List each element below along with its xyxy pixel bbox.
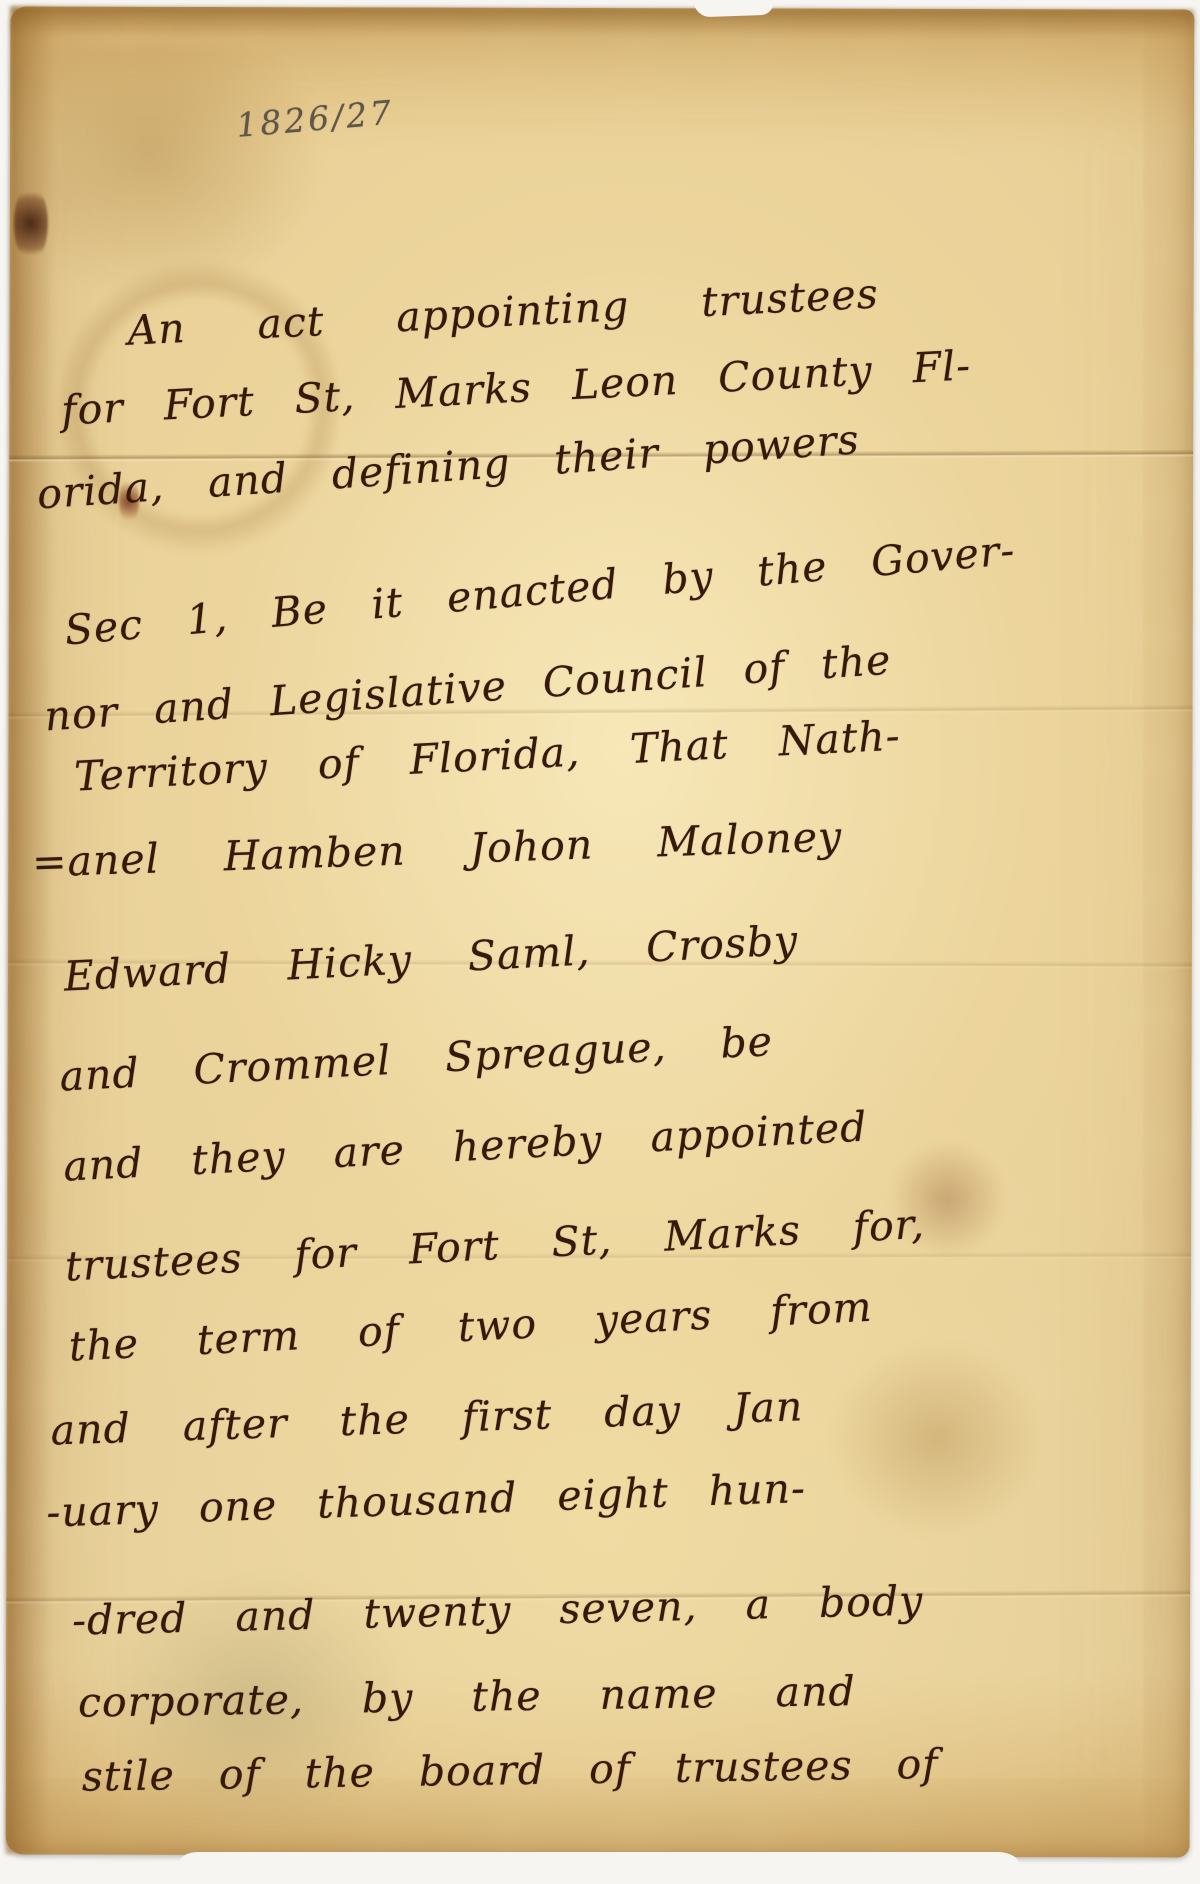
manuscript-line: orida, and defining their powers — [36, 415, 861, 518]
manuscript-line: the term of two years from — [68, 1283, 874, 1371]
manuscript-line: trustees for Fort St, Marks for, — [64, 1200, 926, 1291]
paper-tear-top-right — [694, 0, 775, 17]
manuscript-line: -uary one thousand eight hun- — [46, 1464, 807, 1536]
paper-torn-bottom-edge — [180, 1852, 1020, 1884]
manuscript-line: -dred and twenty seven, a body — [72, 1577, 924, 1645]
stain-bottom-right — [826, 1339, 1047, 1540]
manuscript-line: and after the first day Jan — [50, 1382, 804, 1454]
paper-edge-shadow-top — [10, 6, 1194, 39]
manuscript-line: Edward Hicky Saml, Crosby — [63, 916, 800, 1000]
manuscript-line: stile of the board of trustees of — [81, 1740, 938, 1801]
manuscript-line: Sec 1, Be it enacted by the Gover- — [63, 526, 1017, 654]
manuscript-line: =anel Hamben Johon Maloney — [31, 812, 842, 886]
manuscript-line: corporate, by the name and — [78, 1667, 856, 1727]
aged-paper-sheet: 1826/27 An act appointing trustees for F… — [6, 6, 1195, 1857]
manuscript-line: and they are hereby appointed — [62, 1103, 868, 1191]
archival-year-note: 1826/27 — [235, 93, 396, 145]
manuscript-line: and Crommel Spreague, be — [58, 1017, 774, 1100]
stain-top-left — [30, 47, 331, 308]
scanned-manuscript-page: { "manuscript": { "archival_note": "1826… — [0, 0, 1200, 1884]
manuscript-line: An act appointing trustees — [126, 269, 879, 354]
stain-dark-spot — [14, 184, 48, 262]
paper-edge-shadow-left — [6, 6, 57, 1854]
